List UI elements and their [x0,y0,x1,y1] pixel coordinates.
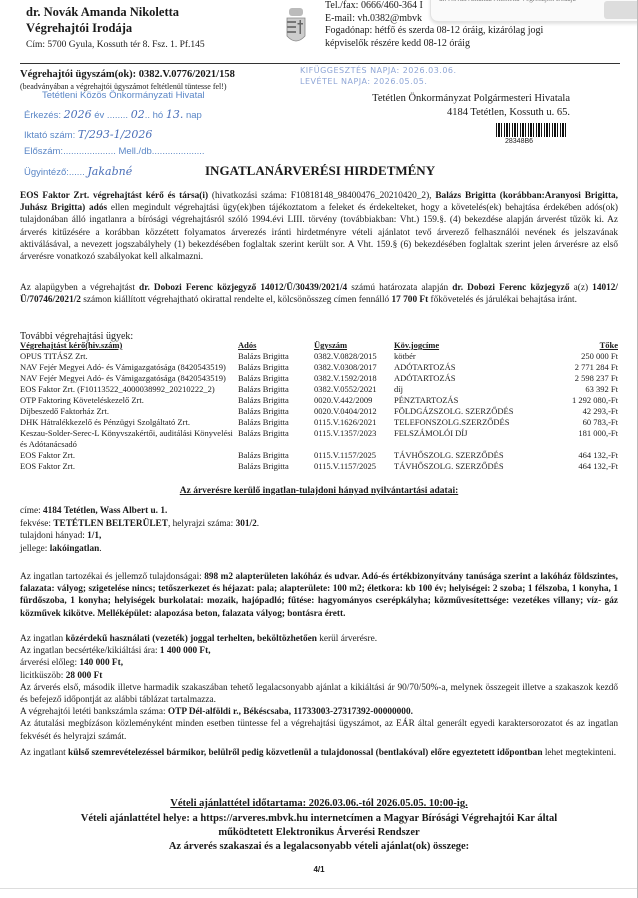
basis-text: számon kiállított végrehajtható okiratta… [81,295,392,305]
table-cell: 0020.V.0404/2012 [314,406,394,417]
address-value: 4184 Tetétlen, Wass Albert u. 1. [43,506,167,516]
table-cell: Balázs Brigitta [238,406,314,417]
table-row: EOS Faktor Zrt.Balázs Brigitta0115.V.115… [20,450,618,461]
table-cell: 0115.V.1157/2025 [314,450,394,461]
share-value: 1/1, [87,531,101,541]
table-cell: 0382.V.0828/2015 [314,351,394,362]
bid-label: licitküszöb: [20,671,66,681]
table-cell: DHK Hátralékkezelő és Pénzügyi Szolgálta… [20,417,238,428]
bank-line: A végrehajtói letéti bankszámla száma: O… [20,706,618,718]
features-paragraph: Az ingatlan tartozékai és jellemző tulaj… [20,571,618,620]
property-address: címe: 4184 Tetétlen, Wass Albert u. 1. [20,505,618,518]
deposit-value: 140 000 Ft, [79,658,123,668]
table-cell: Balázs Brigitta [238,417,314,428]
barcode-number: 28348B6 [505,138,533,145]
table-cell: 0382.V.0552/2021 [314,384,394,395]
property-share: tulajdoni hányad: 1/1, [20,530,618,543]
stamp-arrival: Érkezés: 2026 év ........ 02.. hó 13. na… [24,108,202,121]
viewing-value: külső szemrevételezéssel bármikor, belül… [68,748,542,758]
basis-notary: dr. Dobozi Ferenc közjegyző [452,283,569,293]
table-cell: Balázs Brigitta [238,461,314,472]
lot-value: 301/2 [236,519,257,529]
removal-date-note: LEVÉTEL NAPJA: 2026.05.05. [300,77,427,86]
table-cell: 0382.V.0308/2017 [314,362,394,373]
burden-text: Az ingatlan [20,634,65,644]
basis-text: főkövetelés és járulékai behajtása iránt… [428,295,577,305]
basis-text: a(z) [570,283,593,293]
table-cell: Balázs Brigitta [238,384,314,395]
terms-block: Az ingatlan közérdekű használati (vezeté… [20,633,618,759]
bidding-place-line: működtetett Elektronikus Árverési Rendsz… [20,826,618,840]
recipient-address: 4184 Tetétlen, Kossuth u. 65. [330,106,570,120]
intro-paragraph: EOS Faktor Zrt. végrehajtást kérő és tár… [20,190,618,263]
table-cell: Balázs Brigitta [238,395,314,406]
table-cell: EOS Faktor Zrt. [20,450,238,461]
table-cell: 60 783,-Ft [524,417,618,428]
basis-amount: 17 700 Ft [392,295,429,305]
bid-line: licitküszöb: 28 000 Ft [20,670,618,682]
table-cell: Díjbeszedő Faktorház Zrt. [20,406,238,417]
page-bottom-edge [0,888,638,889]
table-cell: 1 292 080,-Ft [524,395,618,406]
basis-resolution: dr. Dobozi Ferenc közjegyző 14012/Ü/3043… [139,283,347,293]
table-cell: TELEFONSZOLG.SZERZŐDÉS [394,417,524,428]
bank-label: A végrehajtói letéti bankszámla száma: [20,707,168,717]
attachments-label: Mell./db.................... [119,146,205,157]
bidding-place: Vételi ajánlattétel helye: a https://arv… [20,812,618,854]
stamp-clerk: Ügyintéző:...... Jakabné [24,165,132,178]
table-cell: díj [394,384,524,395]
property-location: fekvése: TETÉTLEN BELTERÜLET, helyrajzi … [20,518,618,531]
arrival-year: 2026 [64,108,92,121]
other-cases-table: Végrehajtást kérő(hiv.szám)AdósÜgyszámKö… [20,340,618,472]
electronic-signature-overlay: dr. Novák Amanda Nikoletta Végrehajtói I… [430,0,638,22]
office-hours: Fogadónap: hétfő és szerda 08-12 óráig, … [325,25,543,38]
document-title: INGATLANÁRVERÉSI HIRDETMÉNY [205,163,435,179]
table-cell: 2 598 237 Ft [524,373,618,384]
recipient-name: Tetétlen Önkormányzat Polgármesteri Hiva… [330,92,570,106]
table-row: NAV Fejér Megyei Adó- és Vámigazgatósága… [20,373,618,384]
arrival-label: Érkezés: [24,110,61,121]
office-name: dr. Novák Amanda Nikoletta [26,4,179,20]
price-label: Az ingatlan becsértéke/kikiáltási ára: [20,646,160,656]
table-cell: kötbér [394,351,524,362]
stamp-prev-number: Előszám:.................... Mell./db...… [24,146,205,157]
burden-text: kerül árverésre. [317,634,377,644]
table-cell: TÁVHŐSZOLG. SZERZŐDÉS [394,461,524,472]
basis-text: Az alapügyben a végrehajtást [20,283,139,293]
posting-date-note: KIFÜGGESZTÉS NAPJA: 2026.03.06. [300,66,457,75]
creditor: EOS Faktor Zrt. végrehajtást kérő és tár… [20,191,208,201]
table-cell: 250 000 Ft [524,351,618,362]
table-row: EOS Faktor Zrt.Balázs Brigitta0115.V.115… [20,461,618,472]
property-type: jellege: lakóingatlan. [20,543,618,556]
table-cell: 42 293,-Ft [524,406,618,417]
table-cell: OTP Faktoring Követeléskezelő Zrt. [20,395,238,406]
table-cell: 464 132,-Ft [524,461,618,472]
table-row: Díjbeszedő Faktorház Zrt.Balázs Brigitta… [20,406,618,417]
table-cell: ADÓTARTOZÁS [394,362,524,373]
location-value: TETÉTLEN BELTERÜLET [53,519,168,529]
basis-paragraph: Az alapügyben a végrehajtást dr. Dobozi … [20,282,618,306]
deposit-label: árverési előleg: [20,658,79,668]
table-cell: OPUS TITÁSZ Zrt. [20,351,238,362]
creditor-reference: (hivatkozási száma: F10818148_98400476_2… [208,191,431,201]
table-cell: ADÓTARTOZÁS [394,373,524,384]
office-hours-2: képviselők részére kedd 08-12 óráig [325,38,543,51]
table-cell: 2 771 284 Ft [524,362,618,373]
table-cell: Balázs Brigitta [238,450,314,461]
price-value: 1 400 000 Ft, [160,646,211,656]
burden-value: közérdekű használati (vezeték) joggal te… [65,634,317,644]
stages-text: Az árverés első, második illetve harmadi… [20,682,618,706]
burden-line: Az ingatlan közérdekű használati (vezeté… [20,633,618,645]
table-cell: 0115.V.1357/2023 [314,428,394,450]
table-cell: 0020.V.442/2009 [314,395,394,406]
day-label: nap [186,110,202,121]
lot-label: , helyrajzi száma: [168,519,236,529]
stamp-office: Tetétleni Közös Önkormányzati Hivatal [42,90,205,101]
column-header: Ügyszám [314,340,394,351]
year-label: év [94,110,104,121]
barcode-icon [496,123,566,137]
share-label: tulajdoni hányad: [20,531,87,541]
table-row: NAV Fejér Megyei Adó- és Vámigazgatósága… [20,362,618,373]
table-cell: TÁVHŐSZOLG. SZERZŐDÉS [394,450,524,461]
property-details: címe: 4184 Tetétlen, Wass Albert u. 1. f… [20,505,618,555]
viewing-text: lehet megtekinteni. [543,748,617,758]
prev-number-label: Előszám:.................... [24,146,116,157]
table-cell: Balázs Brigitta [238,351,314,362]
clerk-label: Ügyintéző: [24,167,69,178]
table-row: DHK Hátralékkezelő és Pénzügyi Szolgálta… [20,417,618,428]
table-cell: NAV Fejér Megyei Adó- és Vámigazgatósága… [20,373,238,384]
table-cell: EOS Faktor Zrt. [20,461,238,472]
table-cell: Keszau-Solder-Serec-L Könyvszakértői, au… [20,428,238,450]
signature-mark-icon [604,1,638,19]
stages-heading: Az árverés szakaszai és a legalacsonyabb… [20,840,618,854]
column-header: Köv.jogcíme [394,340,524,351]
registration-label: Iktató szám: [24,130,75,141]
month-label: hó [153,110,164,121]
table-cell: EOS Faktor Zrt. (F10113522_4000038992_20… [20,384,238,395]
office-address: Cím: 5700 Gyula, Kossuth tér 8. Fsz. 1. … [26,40,205,50]
table-cell: 0115.V.1626/2021 [314,417,394,428]
bidding-period: Vételi ajánlattétel időtartama: 2026.03.… [20,798,618,809]
table-cell: 464 132,-Ft [524,450,618,461]
type-value: lakóingatlan [50,544,100,554]
office-name-block: dr. Novák Amanda Nikoletta Végrehajtói I… [26,4,179,36]
property-heading: Az árverésre kerülő ingatlan-tulajdoni h… [20,486,618,496]
arrival-day: 13. [166,108,184,121]
table-row: Keszau-Solder-Serec-L Könyvszakértői, au… [20,428,618,450]
stamp-registration: Iktató szám: T/293-1/2026 [24,128,152,141]
column-header: Tőke [524,340,618,351]
table-cell: 181 000,-Ft [524,428,618,450]
column-header: Adós [238,340,314,351]
arrival-month: 02 [131,108,145,121]
address-label: címe: [20,506,43,516]
recipient-block: Tetétlen Önkormányzat Polgármesteri Hiva… [330,92,570,120]
intro-body: ellen megindult végrehajtási ügy(ek)ben … [20,203,618,262]
table-cell: FELSZÁMOLÓI DÍJ [394,428,524,450]
coat-of-arms-icon [285,4,307,48]
table-row: OTP Faktoring Követeléskezelő Zrt.Balázs… [20,395,618,406]
viewing-text: Az ingatlant [20,748,68,758]
deposit-line: árverési előleg: 140 000 Ft, [20,657,618,669]
type-label: jellege: [20,544,50,554]
bid-value: 28 000 Ft [66,671,103,681]
table-row: OPUS TITÁSZ Zrt.Balázs Brigitta0382.V.08… [20,351,618,362]
table-row: EOS Faktor Zrt. (F10113522_4000038992_20… [20,384,618,395]
header-divider [20,63,620,64]
clerk-signature: Jakabné [87,165,132,178]
table-cell: PÉNZTARTOZÁS [394,395,524,406]
table-cell: FÖLDGÁZSZOLG. SZERZŐDÉS [394,406,524,417]
table-cell: 63 392 Ft [524,384,618,395]
viewing-line: Az ingatlant külső szemrevételezéssel bá… [20,747,618,759]
table-cell: Balázs Brigitta [238,428,314,450]
case-number: Végrehajtói ügyszám(ok): 0382.V.0776/202… [20,69,235,80]
table-cell: Balázs Brigitta [238,362,314,373]
transfer-text: Az átutalási megbízáson közleményként mi… [20,718,618,742]
bidding-place-line: Vételi ajánlattétel helye: a https://arv… [20,812,618,826]
page-number: 4/1 [0,865,638,874]
table-cell: NAV Fejér Megyei Adó- és Vámigazgatósága… [20,362,238,373]
signature-label: dr. Novák Amanda Nikoletta Végrehajtói I… [439,0,576,3]
price-line: Az ingatlan becsértéke/kikiáltási ára: 1… [20,645,618,657]
table-cell: 0115.V.1157/2025 [314,461,394,472]
features-label: Az ingatlan tartozékai és jellemző tulaj… [20,572,204,582]
bank-value: OTP Dél-alföldi r., Békéscsaba, 11733003… [168,707,413,717]
office-type: Végrehajtói Irodája [26,20,179,36]
table-cell: 0382.V.1592/2018 [314,373,394,384]
location-label: fekvése: [20,519,53,529]
basis-text: számú határozata alapján [347,283,452,293]
column-header: Végrehajtást kérő(hiv.szám) [20,340,238,351]
registration-number: T/293-1/2026 [78,128,152,141]
table-cell: Balázs Brigitta [238,373,314,384]
